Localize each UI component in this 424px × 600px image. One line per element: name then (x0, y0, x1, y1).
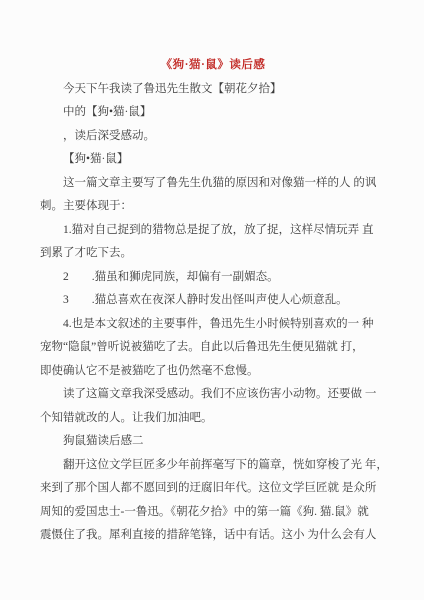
text-line: 宠物“隐鼠”曾听说被猫吃了去。自此以后鲁迅先生便见猫就 打， (40, 336, 386, 360)
text-line: 2 .猫虽和狮虎同族，却偏有一副媚态。 (40, 266, 386, 290)
text-line: 震慑住了我。犀利直接的措辞笔锋，话中有话。这小 为什么会有人 (40, 524, 386, 548)
text-line: 翻开这位文学巨匠多少年前挥毫写下的篇章，恍如穿梭了光 年， (40, 454, 386, 478)
text-line: 来到了那个国人都不愿回到的迂腐旧年代。这位文学巨匠就 是众所 (40, 477, 386, 501)
text-line: 1.猫对自己捉到的猎物总是捉了放，放了捉，这样尽情玩弄 直 (40, 219, 386, 243)
text-line: 狗鼠猫读后感二 (40, 430, 386, 454)
text-line: 即使确认它不是被猫吃了也仍然毫不怠慢。 (40, 360, 386, 384)
text-line: 周知的爱国忠士-一鲁迅。《朝花夕拾》中的第一篇《狗. 猫.鼠》就 (40, 501, 386, 525)
text-line: 4.也是本文叙述的主要事件，鲁迅先生小时候特别喜欢的一 种 (40, 313, 386, 337)
text-line: 这一篇文章主要写了鲁先生仇猫的原因和对像猫一样的人 的讽 (40, 172, 386, 196)
text-line: 刺。主要体现于： (40, 195, 386, 219)
text-line: ，读后深受感动。 (40, 125, 386, 149)
document-title: 《狗·猫·鼠》读后感 (40, 54, 386, 78)
text-line: 到累了才吃下去。 (40, 242, 386, 266)
text-line: 3 .猫总喜欢在夜深人静时发出怪叫声使人心烦意乱。 (40, 289, 386, 313)
document-page: 《狗·猫·鼠》读后感 今天下午我读了鲁迅先生散文【朝花夕拾】 中的【狗•猫·鼠】… (0, 0, 424, 600)
text-line: 个知错就改的人。让我们加油吧。 (40, 407, 386, 431)
text-line: 读了这篇文章我深受感动。我们不应该伤害小动物。还要做 一 (40, 383, 386, 407)
text-line: 今天下午我读了鲁迅先生散文【朝花夕拾】 (40, 78, 386, 102)
text-line: 中的【狗•猫·鼠】 (40, 101, 386, 125)
text-line: 【狗•猫·鼠】 (40, 148, 386, 172)
